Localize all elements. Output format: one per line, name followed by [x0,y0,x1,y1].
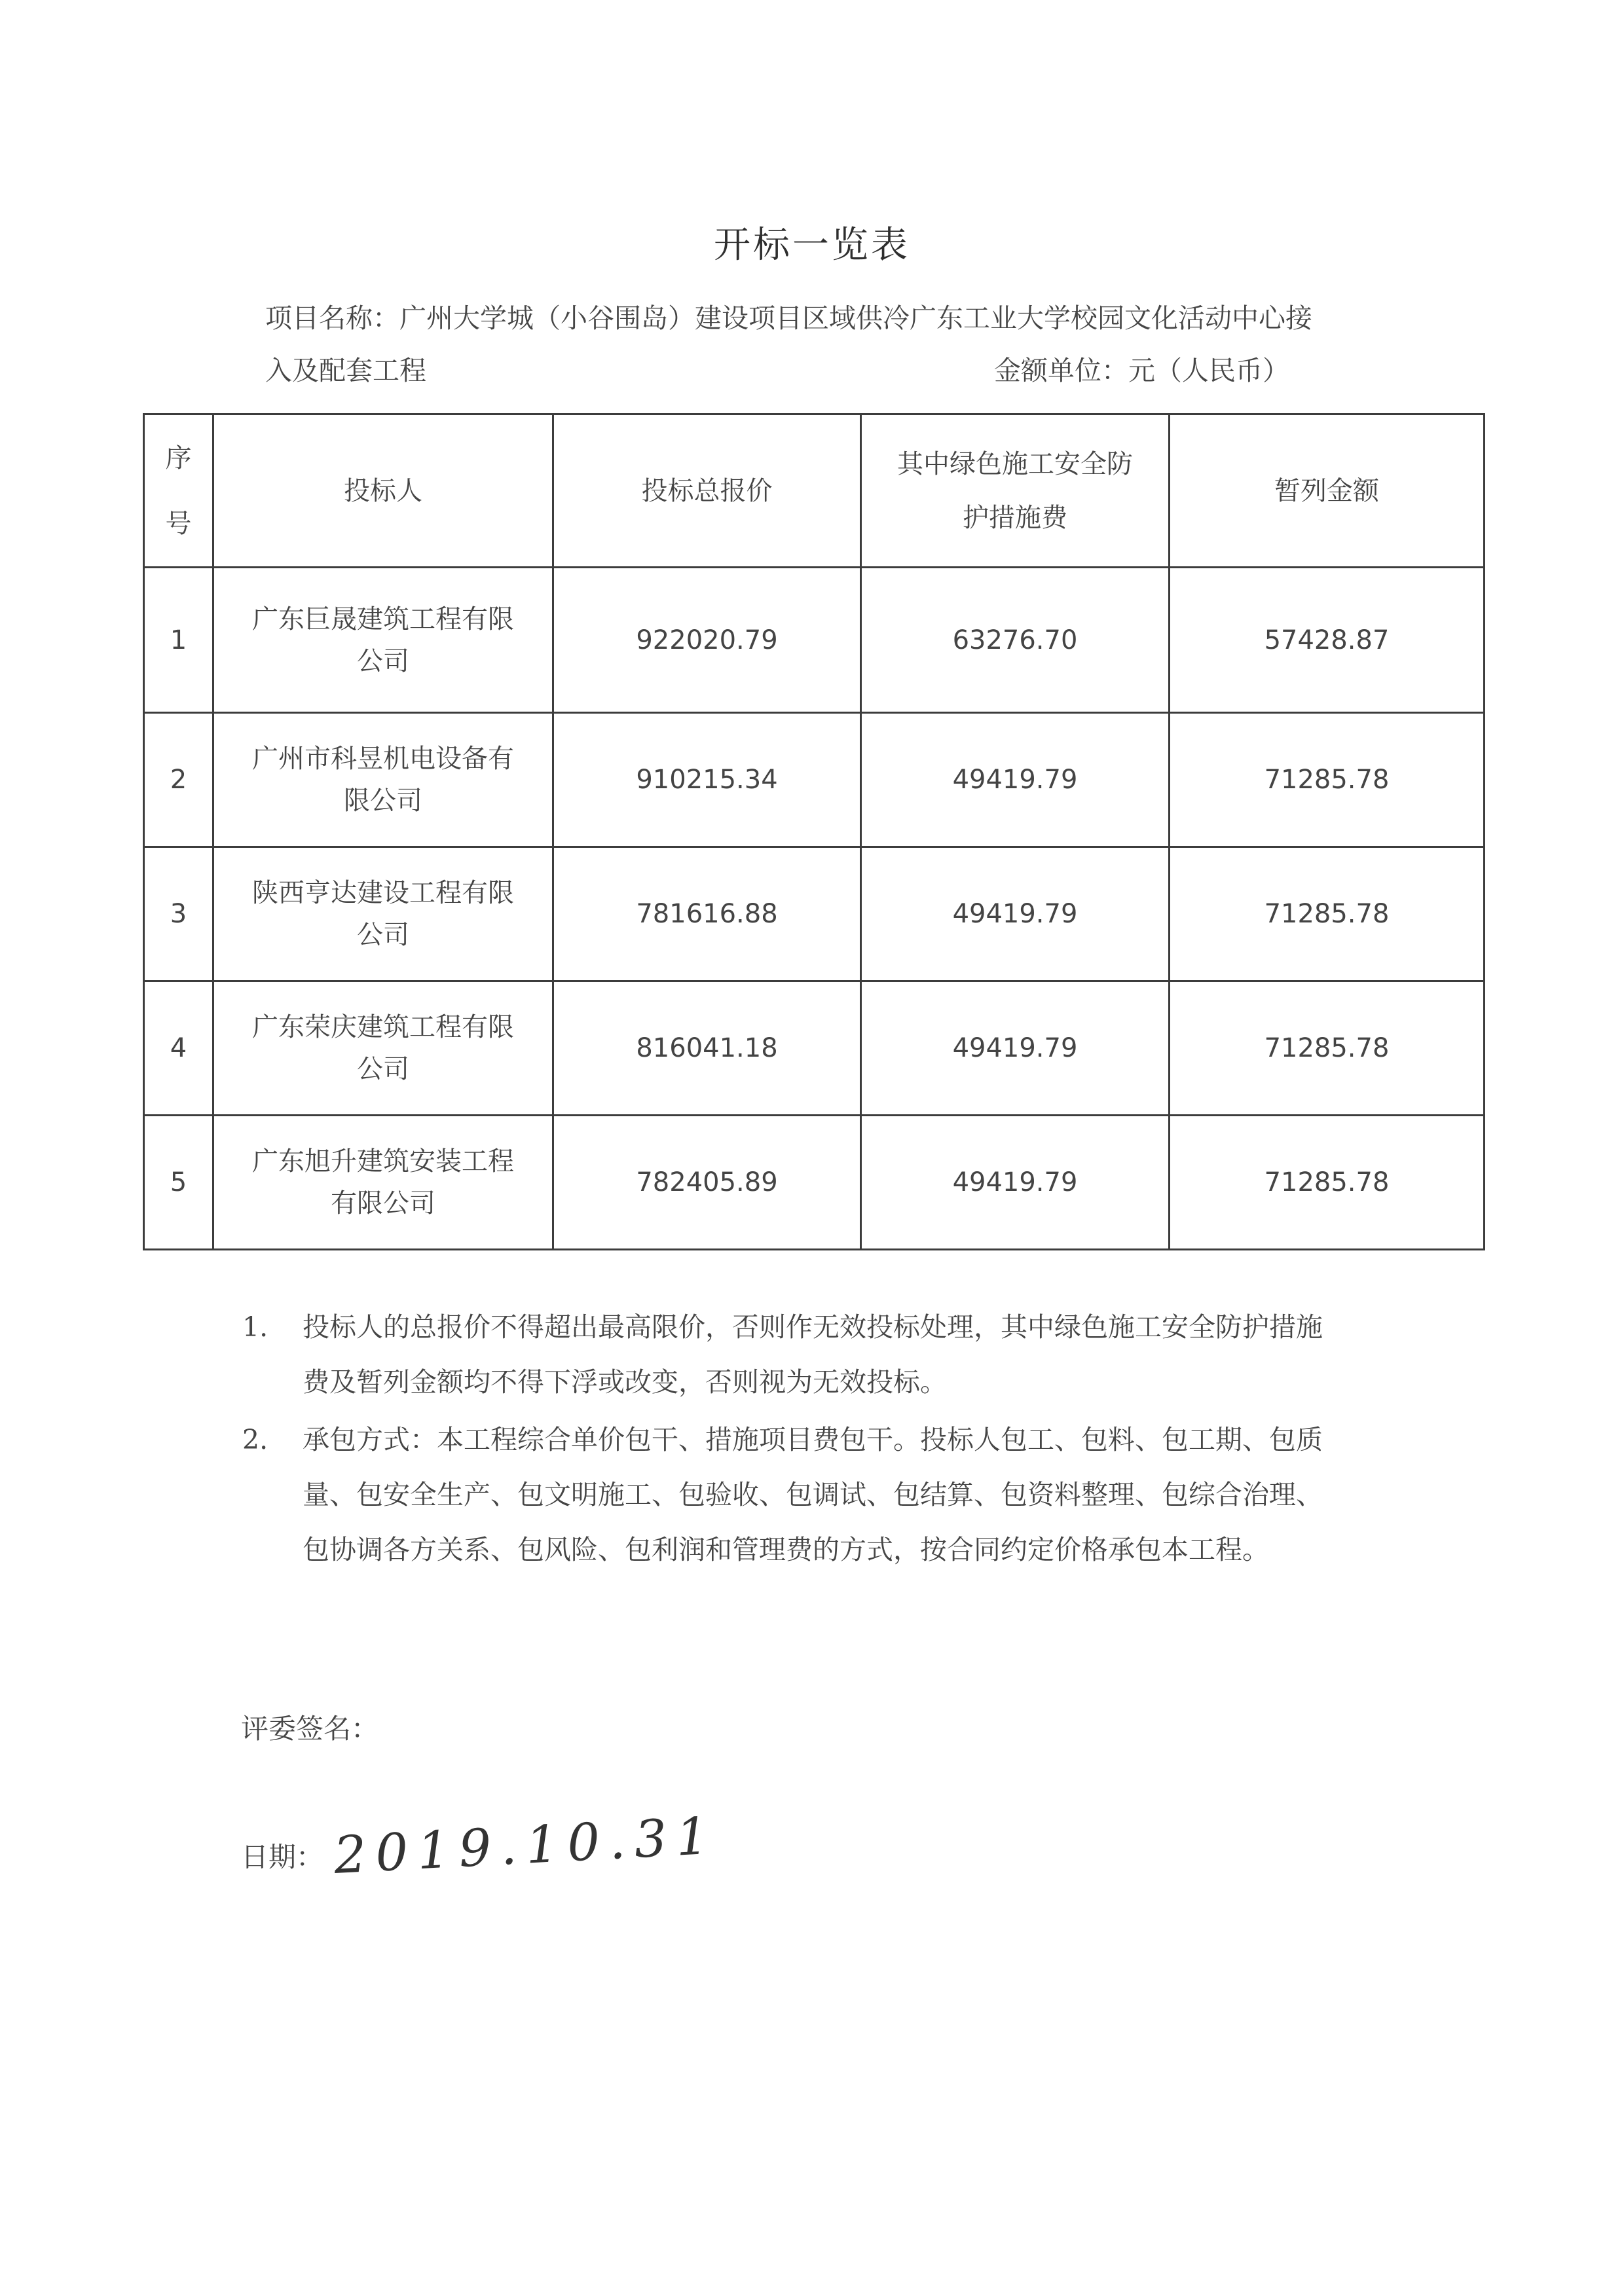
bidder-line2: 有限公司 [234,1182,532,1224]
row-green-fee: 49419.79 [861,713,1170,847]
header-seq: 序 号 [144,414,213,568]
row-green-fee: 49419.79 [861,1116,1170,1250]
row-bidder: 广东巨晟建筑工程有限公司 [213,568,553,713]
row-bidder: 陕西亨达建设工程有限公司 [213,847,553,981]
table-row: 1 广东巨晟建筑工程有限公司 922020.79 63276.70 57428.… [144,568,1485,713]
row-bidder: 广州市科昱机电设备有限公司 [213,713,553,847]
note-item: 2. 承包方式：本工程综合单价包干、措施项目费包干。投标人包工、包料、包工期、包… [242,1412,1342,1577]
header-green-construction-fee: 其中绿色施工安全防 护措施费 [861,414,1170,568]
bidder-line1: 广东巨晟建筑工程有限 [234,598,532,640]
row-provisional-sum: 71285.78 [1170,847,1485,981]
header-bidder: 投标人 [213,414,553,568]
table-row: 5 广东旭升建筑安装工程有限公司 782405.89 49419.79 7128… [144,1116,1485,1250]
table-row: 4 广东荣庆建筑工程有限公司 816041.18 49419.79 71285.… [144,981,1485,1116]
row-total-price: 782405.89 [553,1116,861,1250]
evaluator-signature-label: 评委签名： [241,1707,378,1747]
handwritten-date: 2019.10.31 [333,1806,720,1886]
bidder-line1: 陕西亨达建设工程有限 [234,872,532,914]
row-seq: 4 [144,981,213,1116]
bidder-line1: 广东旭升建筑安装工程 [234,1140,532,1182]
header-provisional-sum: 暂列金额 [1170,414,1485,568]
table-row: 2 广州市科昱机电设备有限公司 910215.34 49419.79 71285… [144,713,1485,847]
table-row: 3 陕西亨达建设工程有限公司 781616.88 49419.79 71285.… [144,847,1485,981]
bid-opening-table: 序 号 投标人 投标总报价 其中绿色施工安全防 护措施费 暂列金额 1 广东巨晟… [143,413,1485,1250]
row-provisional-sum: 57428.87 [1170,568,1485,713]
row-seq: 3 [144,847,213,981]
note-number: 1. [242,1300,268,1355]
row-seq: 5 [144,1116,213,1250]
table-header-row: 序 号 投标人 投标总报价 其中绿色施工安全防 护措施费 暂列金额 [144,414,1485,568]
date-label: 日期： [241,1836,323,1875]
row-provisional-sum: 71285.78 [1170,1116,1485,1250]
header-total-price: 投标总报价 [553,414,861,568]
note-text: 投标人的总报价不得超出最高限价，否则作无效投标处理，其中绿色施工安全防护措施费及… [303,1311,1323,1398]
note-number: 2. [242,1412,268,1467]
row-seq: 1 [144,568,213,713]
row-total-price: 910215.34 [553,713,861,847]
row-total-price: 816041.18 [553,981,861,1116]
header-green-fee-line1: 其中绿色施工安全防 [862,437,1168,491]
row-provisional-sum: 71285.78 [1170,981,1485,1116]
row-bidder: 广东旭升建筑安装工程有限公司 [213,1116,553,1250]
bidder-line1: 广州市科昱机电设备有 [234,738,532,780]
row-green-fee: 63276.70 [861,568,1170,713]
row-bidder: 广东荣庆建筑工程有限公司 [213,981,553,1116]
notes-list: 1. 投标人的总报价不得超出最高限价，否则作无效投标处理，其中绿色施工安全防护措… [242,1300,1342,1580]
header-green-fee-line2: 护措施费 [862,491,1168,545]
row-total-price: 922020.79 [553,568,861,713]
row-provisional-sum: 71285.78 [1170,713,1485,847]
row-green-fee: 49419.79 [861,981,1170,1116]
project-name-line1: 项目名称：广州大学城（小谷围岛）建设项目区域供冷广东工业大学校园文化活动中心接 [265,304,1312,333]
bidder-line2: 限公司 [234,780,532,822]
bidder-line2: 公司 [234,914,532,956]
bidder-line2: 公司 [234,640,532,682]
project-name-line2: 入及配套工程 [265,356,426,385]
row-total-price: 781616.88 [553,847,861,981]
row-seq: 2 [144,713,213,847]
bidder-line2: 公司 [234,1048,532,1090]
amount-unit: 金额单位：元（人民币） [994,356,1289,385]
note-text: 承包方式：本工程综合单价包干、措施项目费包干。投标人包工、包料、包工期、包质量、… [303,1424,1323,1565]
note-item: 1. 投标人的总报价不得超出最高限价，否则作无效投标处理，其中绿色施工安全防护措… [242,1300,1342,1410]
document-title: 开标一览表 [0,216,1624,268]
bidder-line1: 广东荣庆建筑工程有限 [234,1006,532,1048]
row-green-fee: 49419.79 [861,847,1170,981]
